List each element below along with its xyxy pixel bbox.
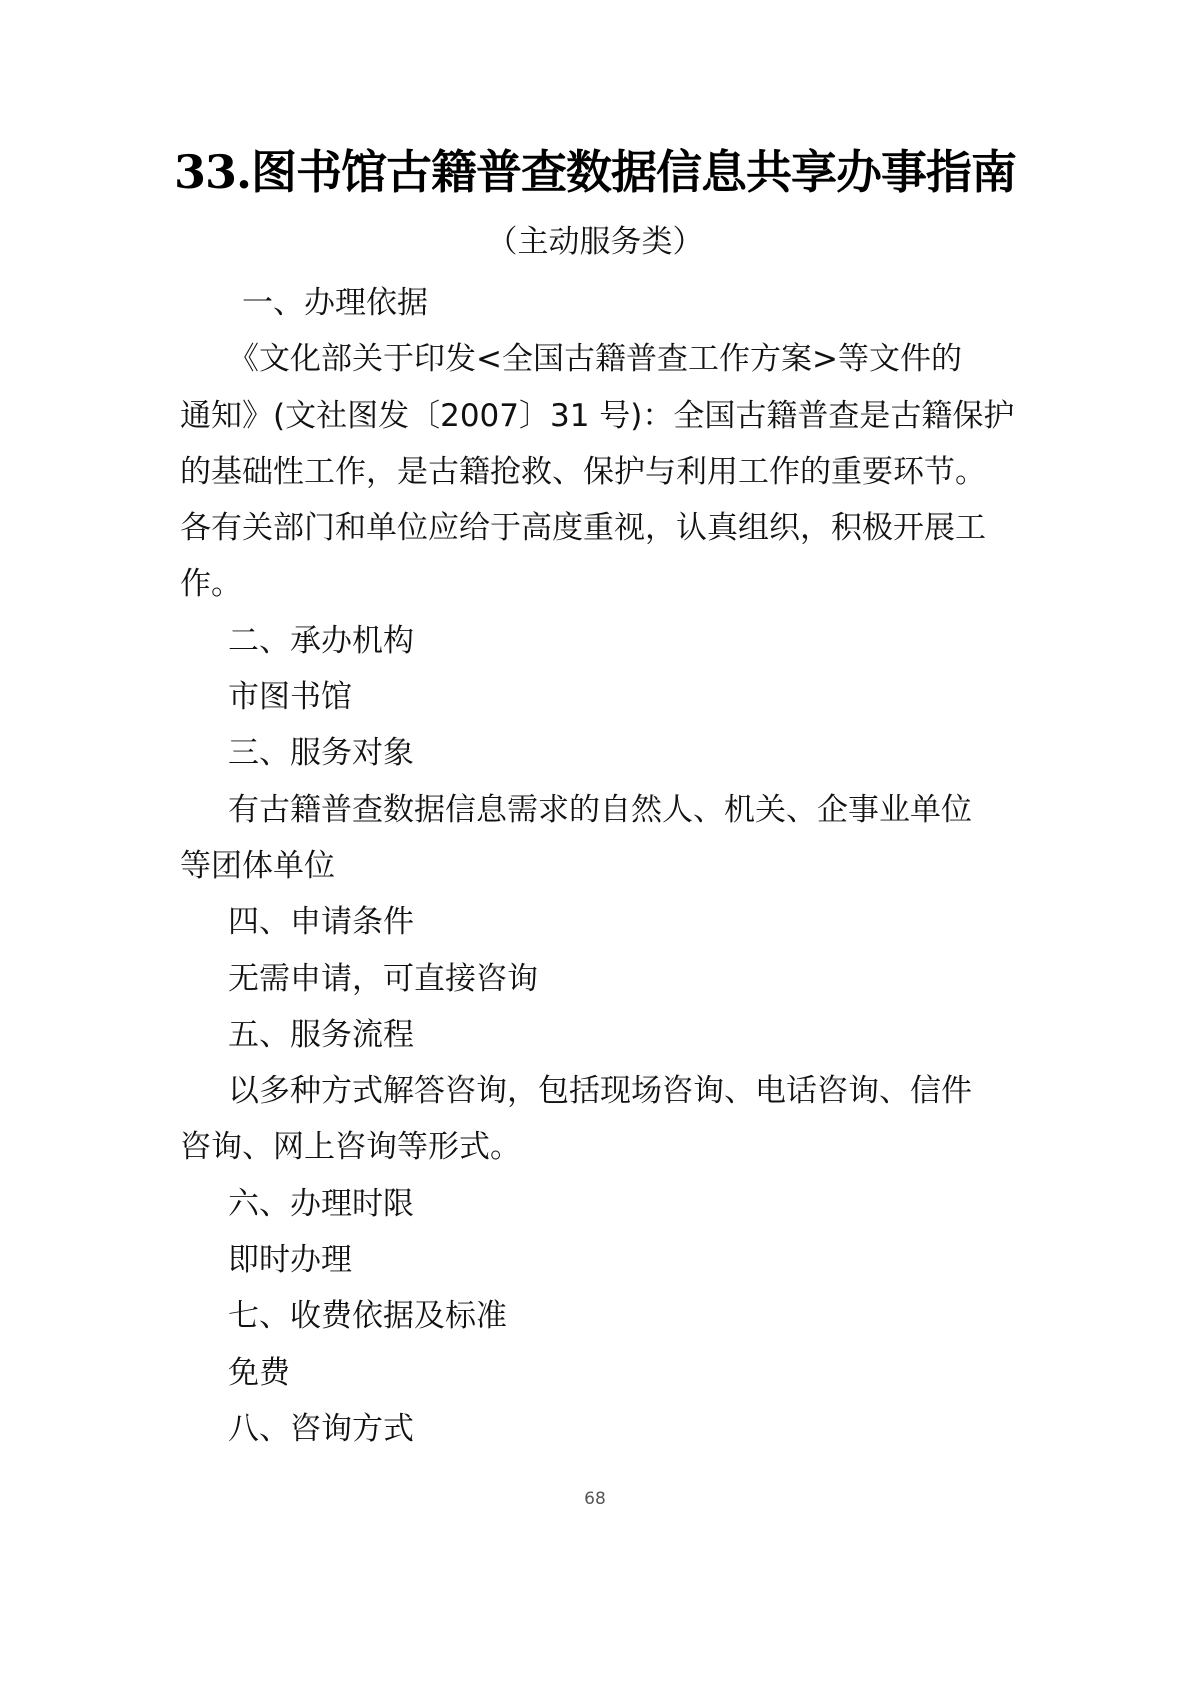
basis-paragraph-line: 《文化部关于印发<全国古籍普查工作方案>等文件的 xyxy=(180,331,1015,387)
page-number: 68 xyxy=(0,1489,1190,1509)
conditions-text: 无需申请，可直接咨询 xyxy=(180,951,1015,1007)
document-subtitle: （主动服务类） xyxy=(0,222,1190,262)
time-limit-text: 即时办理 xyxy=(180,1232,1015,1288)
basis-paragraph-line: 的基础性工作，是古籍抢救、保护与利用工作的重要环节。 xyxy=(180,444,1015,500)
section-heading-audience: 三、服务对象 xyxy=(180,725,1015,781)
basis-paragraph-line: 通知》(文社图发〔2007〕31 号)：全国古籍普查是古籍保护 xyxy=(180,388,1015,444)
section-heading-time-limit: 六、办理时限 xyxy=(180,1176,1015,1232)
basis-paragraph-line: 作。 xyxy=(180,556,1015,612)
section-heading-agency: 二、承办机构 xyxy=(180,613,1015,669)
audience-paragraph-line: 有古籍普查数据信息需求的自然人、机关、企事业单位 xyxy=(180,782,1015,838)
fees-text: 免费 xyxy=(180,1345,1015,1401)
audience-paragraph-line: 等团体单位 xyxy=(180,838,1015,894)
section-heading-contact: 八、咨询方式 xyxy=(180,1401,1015,1457)
document-body: 一、办理依据 《文化部关于印发<全国古籍普查工作方案>等文件的 通知》(文社图发… xyxy=(180,275,1015,1457)
process-paragraph-line: 咨询、网上咨询等形式。 xyxy=(180,1119,1015,1175)
document-page: 33.图书馆古籍普查数据信息共享办事指南 （主动服务类） 一、办理依据 《文化部… xyxy=(0,0,1190,1683)
process-paragraph-line: 以多种方式解答咨询，包括现场咨询、电话咨询、信件 xyxy=(180,1063,1015,1119)
document-title: 33.图书馆古籍普查数据信息共享办事指南 xyxy=(0,142,1190,202)
section-heading-basis: 一、办理依据 xyxy=(180,275,1015,331)
basis-paragraph-line: 各有关部门和单位应给于高度重视，认真组织，积极开展工 xyxy=(180,500,1015,556)
agency-text: 市图书馆 xyxy=(180,669,1015,725)
section-heading-fees: 七、收费依据及标准 xyxy=(180,1288,1015,1344)
section-heading-process: 五、服务流程 xyxy=(180,1007,1015,1063)
section-heading-conditions: 四、申请条件 xyxy=(180,894,1015,950)
